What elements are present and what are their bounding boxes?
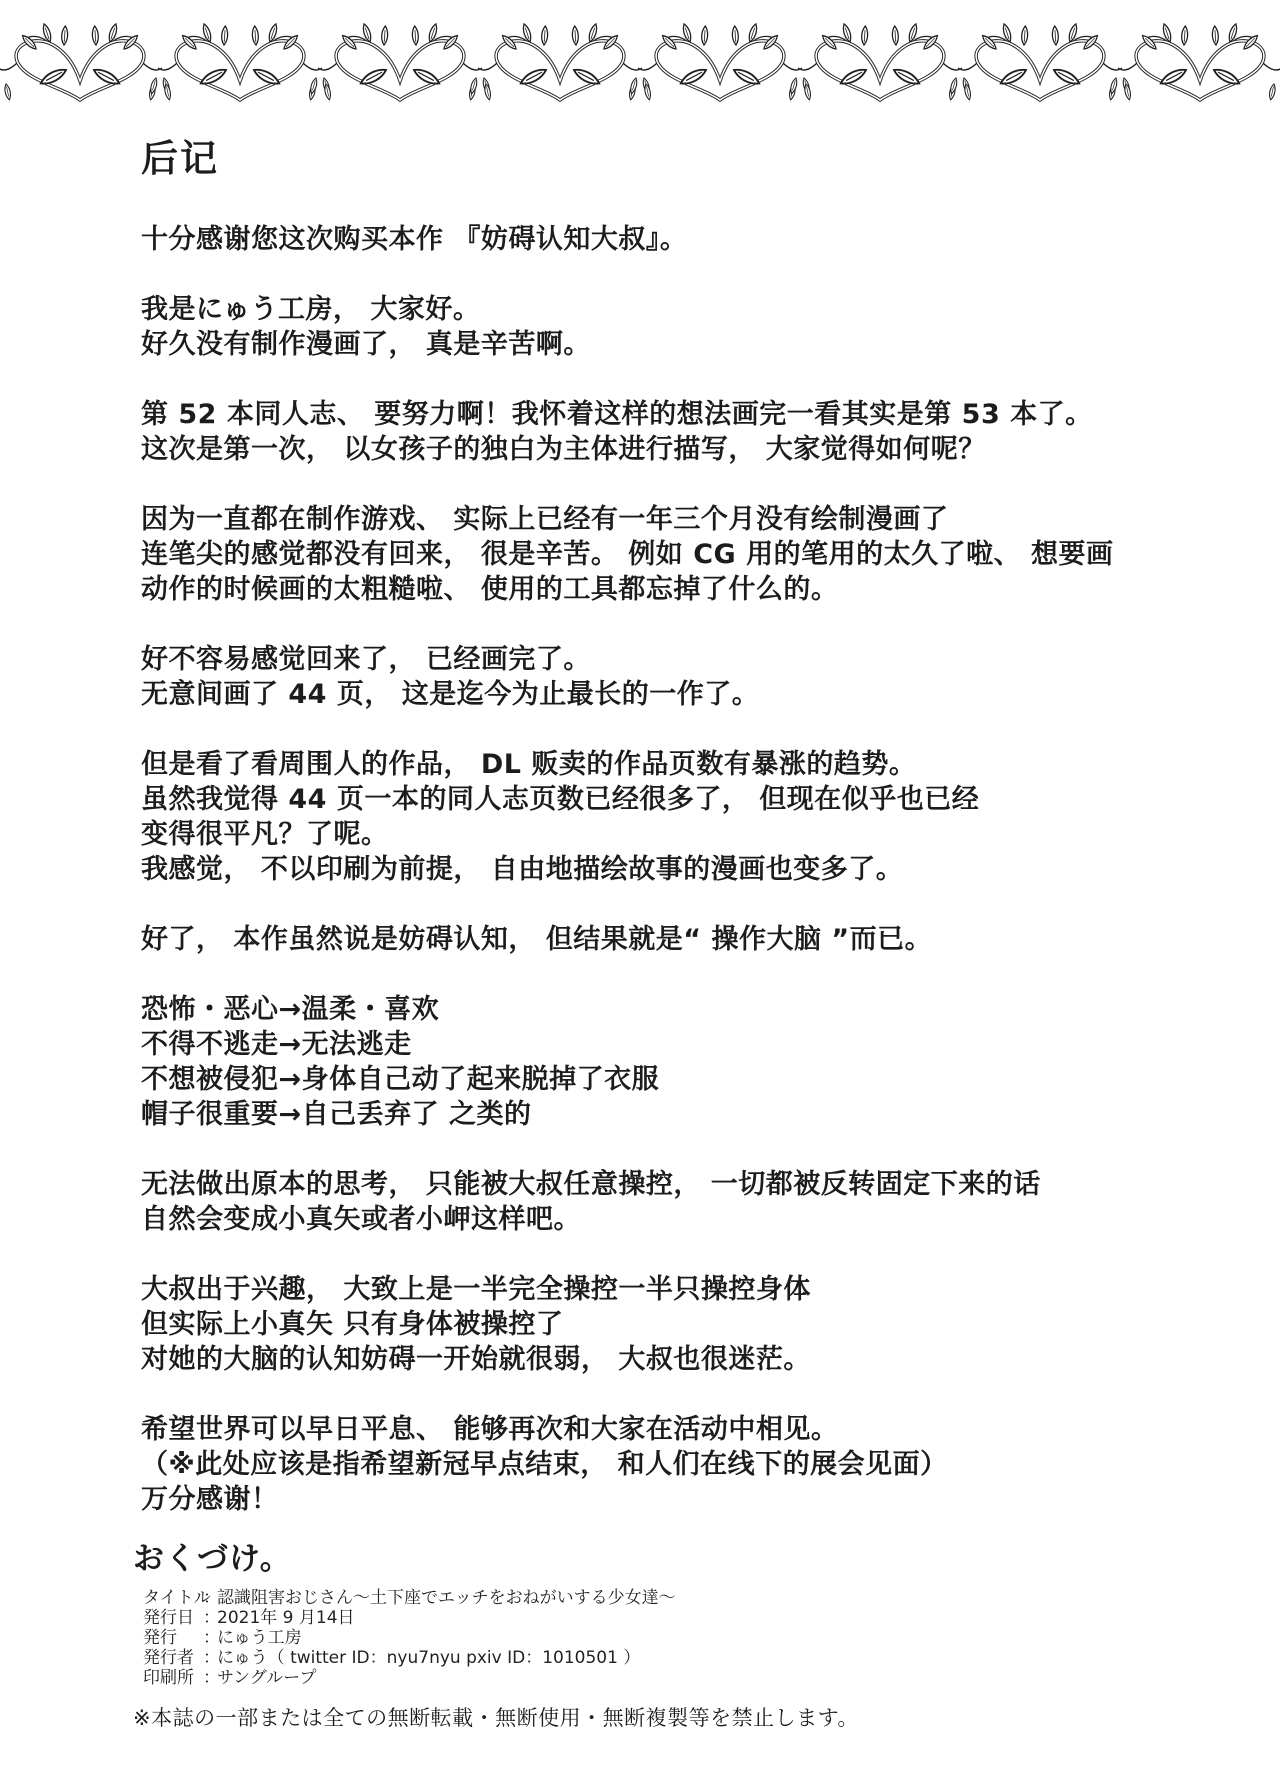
text-line: 不想被侵犯→身体自己动了起来脱掉了衣服	[141, 1062, 1201, 1097]
copyright-note: ※本誌の一部または全ての無断転載・無断使用・無断複製等を禁止します。	[133, 1702, 859, 1732]
colophon-row: 発行日：2021年 9 月14日	[143, 1608, 1143, 1628]
text-line: 第 52 本同人志、 要努力啊！我怀着这样的想法画完一看其实是第 53 本了。	[141, 397, 1201, 432]
colophon-separator: ：	[203, 1628, 217, 1648]
text-line: 万分感谢！	[141, 1482, 1201, 1517]
text-line	[141, 1377, 1201, 1412]
text-line	[141, 1132, 1201, 1167]
colophon-row: 印刷所：サングループ	[143, 1668, 1143, 1688]
text-line	[141, 887, 1201, 922]
text-line: 无法做出原本的思考， 只能被大叔任意操控， 一切都被反转固定下来的话	[141, 1167, 1201, 1202]
text-line	[141, 467, 1201, 502]
colophon-separator: ：	[203, 1668, 217, 1688]
text-line: 但是看了看周围人的作品， DL 贩卖的作品页数有暴涨的趋势。	[141, 747, 1201, 782]
colophon-label: 印刷所	[143, 1668, 203, 1688]
text-line: 虽然我觉得 44 页一本的同人志页数已经很多了， 但现在似乎也已经	[141, 782, 1201, 817]
colophon-row: 発行者：にゅう（ twitter ID：nyu7nyu pxiv ID：1010…	[143, 1648, 1143, 1668]
colophon-label: タイトル	[143, 1588, 203, 1608]
text-line	[141, 1237, 1201, 1272]
text-line: 我是にゅう工房， 大家好。	[141, 292, 1201, 327]
afterword-page: { "colors": { "ink": "#1c1c1c", "paper":…	[0, 0, 1280, 1791]
text-line: 自然会变成小真矢或者小岬这样吧。	[141, 1202, 1201, 1237]
text-line	[141, 607, 1201, 642]
text-line: 不得不逃走→无法逃走	[141, 1027, 1201, 1062]
colophon-value: サングループ	[217, 1668, 316, 1688]
text-line: 连笔尖的感觉都没有回来， 很是辛苦。 例如 CG 用的笔用的太久了啦、 想要画	[141, 537, 1201, 572]
text-line: 这次是第一次， 以女孩子的独白为主体进行描写， 大家觉得如何呢？	[141, 432, 1201, 467]
text-line: 动作的时候画的太粗糙啦、 使用的工具都忘掉了什么的。	[141, 572, 1201, 607]
text-line: 恐怖・恶心→温柔・喜欢	[141, 992, 1201, 1027]
text-line: 我感觉， 不以印刷为前提， 自由地描绘故事的漫画也变多了。	[141, 852, 1201, 887]
text-line	[141, 257, 1201, 292]
text-line	[141, 362, 1201, 397]
colophon-label: 発行	[143, 1628, 203, 1648]
text-line: （※此处应该是指希望新冠早点结束， 和人们在线下的展会见面）	[141, 1447, 1201, 1482]
text-line: 大叔出于兴趣， 大致上是一半完全操控一半只操控身体	[141, 1272, 1201, 1307]
text-line	[141, 712, 1201, 747]
colophon-label: 発行者	[143, 1648, 203, 1668]
text-line: 希望世界可以早日平息、 能够再次和大家在活动中相见。	[141, 1412, 1201, 1447]
colophon-separator: ：	[203, 1588, 217, 1608]
text-line: 帽子很重要→自己丢弃了 之类的	[141, 1097, 1201, 1132]
text-line: 因为一直都在制作游戏、 实际上已经有一年三个月没有绘制漫画了	[141, 502, 1201, 537]
text-line: 对她的大脑的认知妨碍一开始就很弱， 大叔也很迷茫。	[141, 1342, 1201, 1377]
page-title: 后记	[141, 128, 219, 182]
text-line	[141, 957, 1201, 992]
text-line: 无意间画了 44 页， 这是迄今为止最长的一作了。	[141, 677, 1201, 712]
text-line: 好了， 本作虽然说是妨碍认知， 但结果就是“ 操作大脑 ”而已。	[141, 922, 1201, 957]
colophon-value: にゅう工房	[217, 1628, 302, 1648]
text-line: 好不容易感觉回来了， 已经画完了。	[141, 642, 1201, 677]
colophon: タイトル：認識阻害おじさん～土下座でエッチをおねがいする少女達～発行日：2021…	[143, 1588, 1143, 1688]
text-line: 但实际上小真矢 只有身体被操控了	[141, 1307, 1201, 1342]
colophon-value: 2021年 9 月14日	[217, 1608, 355, 1628]
afterword-text: 十分感谢您这次购买本作 『妨碍认知大叔』。我是にゅう工房， 大家好。好久没有制作…	[141, 222, 1201, 1517]
text-line: 好久没有制作漫画了， 真是辛苦啊。	[141, 327, 1201, 362]
colophon-separator: ：	[203, 1608, 217, 1628]
colophon-row: タイトル：認識阻害おじさん～土下座でエッチをおねがいする少女達～	[143, 1588, 1143, 1608]
colophon-heading: おくづけ。	[133, 1533, 292, 1578]
colophon-value: 認識阻害おじさん～土下座でエッチをおねがいする少女達～	[217, 1588, 676, 1608]
colophon-label: 発行日	[143, 1608, 203, 1628]
colophon-separator: ：	[203, 1648, 217, 1668]
floral-vine-border	[0, 22, 1280, 114]
colophon-row: 発行：にゅう工房	[143, 1628, 1143, 1648]
text-line: 十分感谢您这次购买本作 『妨碍认知大叔』。	[141, 222, 1201, 257]
text-line: 变得很平凡？了呢。	[141, 817, 1201, 852]
floral-border-tiles	[0, 23, 1280, 114]
colophon-value: にゅう（ twitter ID：nyu7nyu pxiv ID：1010501 …	[217, 1648, 640, 1668]
